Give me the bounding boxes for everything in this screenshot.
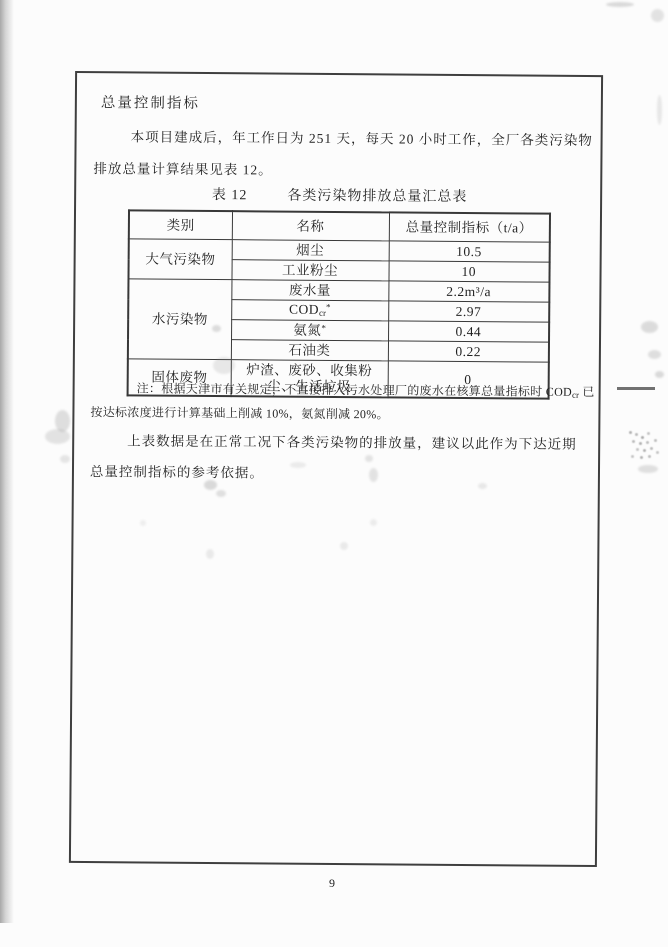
pollutant-name-cell: 石油类: [231, 340, 388, 361]
pollutant-value-cell: 0.44: [388, 321, 549, 342]
scan-artifact: [648, 350, 661, 359]
category-cell-air: 大气污染物: [128, 239, 231, 280]
scan-artifact: [340, 542, 348, 550]
pollutant-name-cell: 工业粉尘: [231, 260, 388, 281]
pollutant-value-cell: 0.22: [388, 341, 549, 362]
scan-artifact: [655, 371, 664, 378]
table-caption-label: 表 12: [212, 184, 248, 204]
pollutant-value-cell: 2.2m³/a: [388, 281, 549, 302]
page-frame: 总量控制指标 本项目建成后，年工作日为 251 天，每天 20 小时工作，全厂各…: [69, 71, 603, 867]
scan-artifact: [370, 519, 377, 526]
section-heading: 总量控制指标: [101, 91, 200, 113]
pollutant-summary-table: 类别 名称 总量控制指标（t/a） 大气污染物 烟尘 10.5 工业粉尘 10 …: [127, 209, 551, 399]
scan-artifact: [290, 462, 306, 468]
scan-artifact: [369, 468, 378, 482]
scan-artifact: [657, 95, 662, 125]
ammonia-asterisk: *: [321, 323, 326, 333]
scan-artifact: [638, 465, 658, 473]
scan-artifact: [206, 549, 214, 559]
col-header-category: 类别: [129, 210, 232, 239]
scan-artifact: [641, 321, 658, 333]
category-cell-water: 水污染物: [128, 279, 232, 360]
col-header-name: 名称: [232, 211, 389, 241]
pollutant-name-cell: 烟尘: [232, 240, 389, 261]
scan-artifact: [478, 483, 487, 489]
pollutant-name-cell: 氨氮*: [231, 320, 388, 341]
scan-artifact: [212, 325, 221, 332]
scan-artifact: [204, 480, 217, 490]
scan-artifact: [629, 431, 632, 434]
pollutant-value-cell: 2.97: [388, 301, 549, 322]
scanner-edge-shadow: [0, 0, 14, 923]
pollutant-name-cell: CODcr*: [231, 300, 388, 321]
cod-asterisk: *: [326, 302, 331, 312]
page-number: 9: [318, 876, 346, 891]
scan-artifact: [60, 455, 70, 463]
pollutant-value-cell: 10.5: [389, 241, 550, 262]
scan-artifact: [365, 455, 373, 462]
intro-paragraph: 本项目建成后，年工作日为 251 天，每天 20 小时工作，全厂各类污染物排放总…: [93, 121, 595, 189]
table-header-row: 类别 名称 总量控制指标（t/a）: [129, 210, 550, 242]
document-canvas: 总量控制指标 本项目建成后，年工作日为 251 天，每天 20 小时工作，全厂各…: [0, 0, 668, 947]
scan-artifact: [140, 520, 146, 526]
pollutant-value-cell: 10: [388, 261, 549, 282]
closing-paragraph: 上表数据是在正常工况下各类污染物的排放量，建议以此作为下达近期总量控制指标的参考…: [90, 425, 588, 491]
table-row: 大气污染物 烟尘 10.5: [129, 239, 550, 262]
scanned-document-screenshot: { "document": { "heading": "总量控制指标", "in…: [0, 0, 668, 947]
table-row: 水污染物 废水量 2.2m³/a: [128, 279, 549, 302]
cod-term: CODcr: [546, 385, 579, 399]
scan-artifact: [45, 429, 70, 444]
scan-artifact: [216, 490, 226, 497]
table-footnote: 注：根据天津市有关规定，不直接排入污水处理厂的废水在核算总量指标时 CODcr …: [90, 378, 604, 427]
scan-artifact: [617, 387, 655, 390]
scan-artifact: [606, 2, 634, 7]
cod-subscript: cr: [319, 308, 326, 318]
table-caption-title: 各类污染物排放总量汇总表: [287, 185, 467, 206]
table-caption: 表 12 各类污染物排放总量汇总表: [129, 183, 550, 206]
scan-artifact: [213, 357, 235, 374]
scan-artifact: [651, 9, 664, 22]
col-header-indicator: 总量控制指标（t/a）: [389, 212, 550, 242]
pollutant-name-cell: 废水量: [231, 280, 388, 301]
